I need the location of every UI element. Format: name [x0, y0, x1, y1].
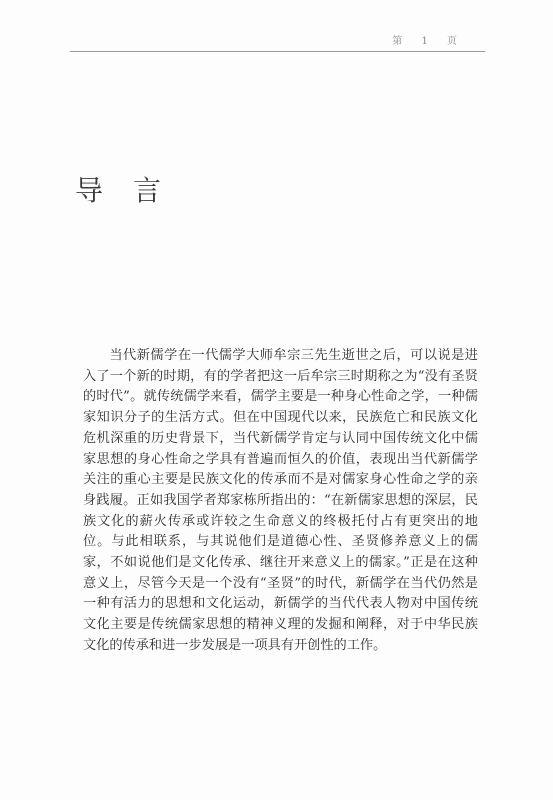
page-number: 第 1 页: [392, 32, 465, 47]
body-paragraph: 当代新儒学在一代儒学大师牟宗三先生逝世之后，可以说是进入了一个新的时期，有的学者…: [83, 346, 478, 657]
chapter-title: 导言: [75, 169, 191, 209]
book-page: 第 1 页 导言 当代新儒学在一代儒学大师牟宗三先生逝世之后，可以说是进入了一个…: [0, 0, 553, 800]
running-header: 第 1 页: [70, 28, 485, 50]
header-rule: [70, 51, 485, 52]
